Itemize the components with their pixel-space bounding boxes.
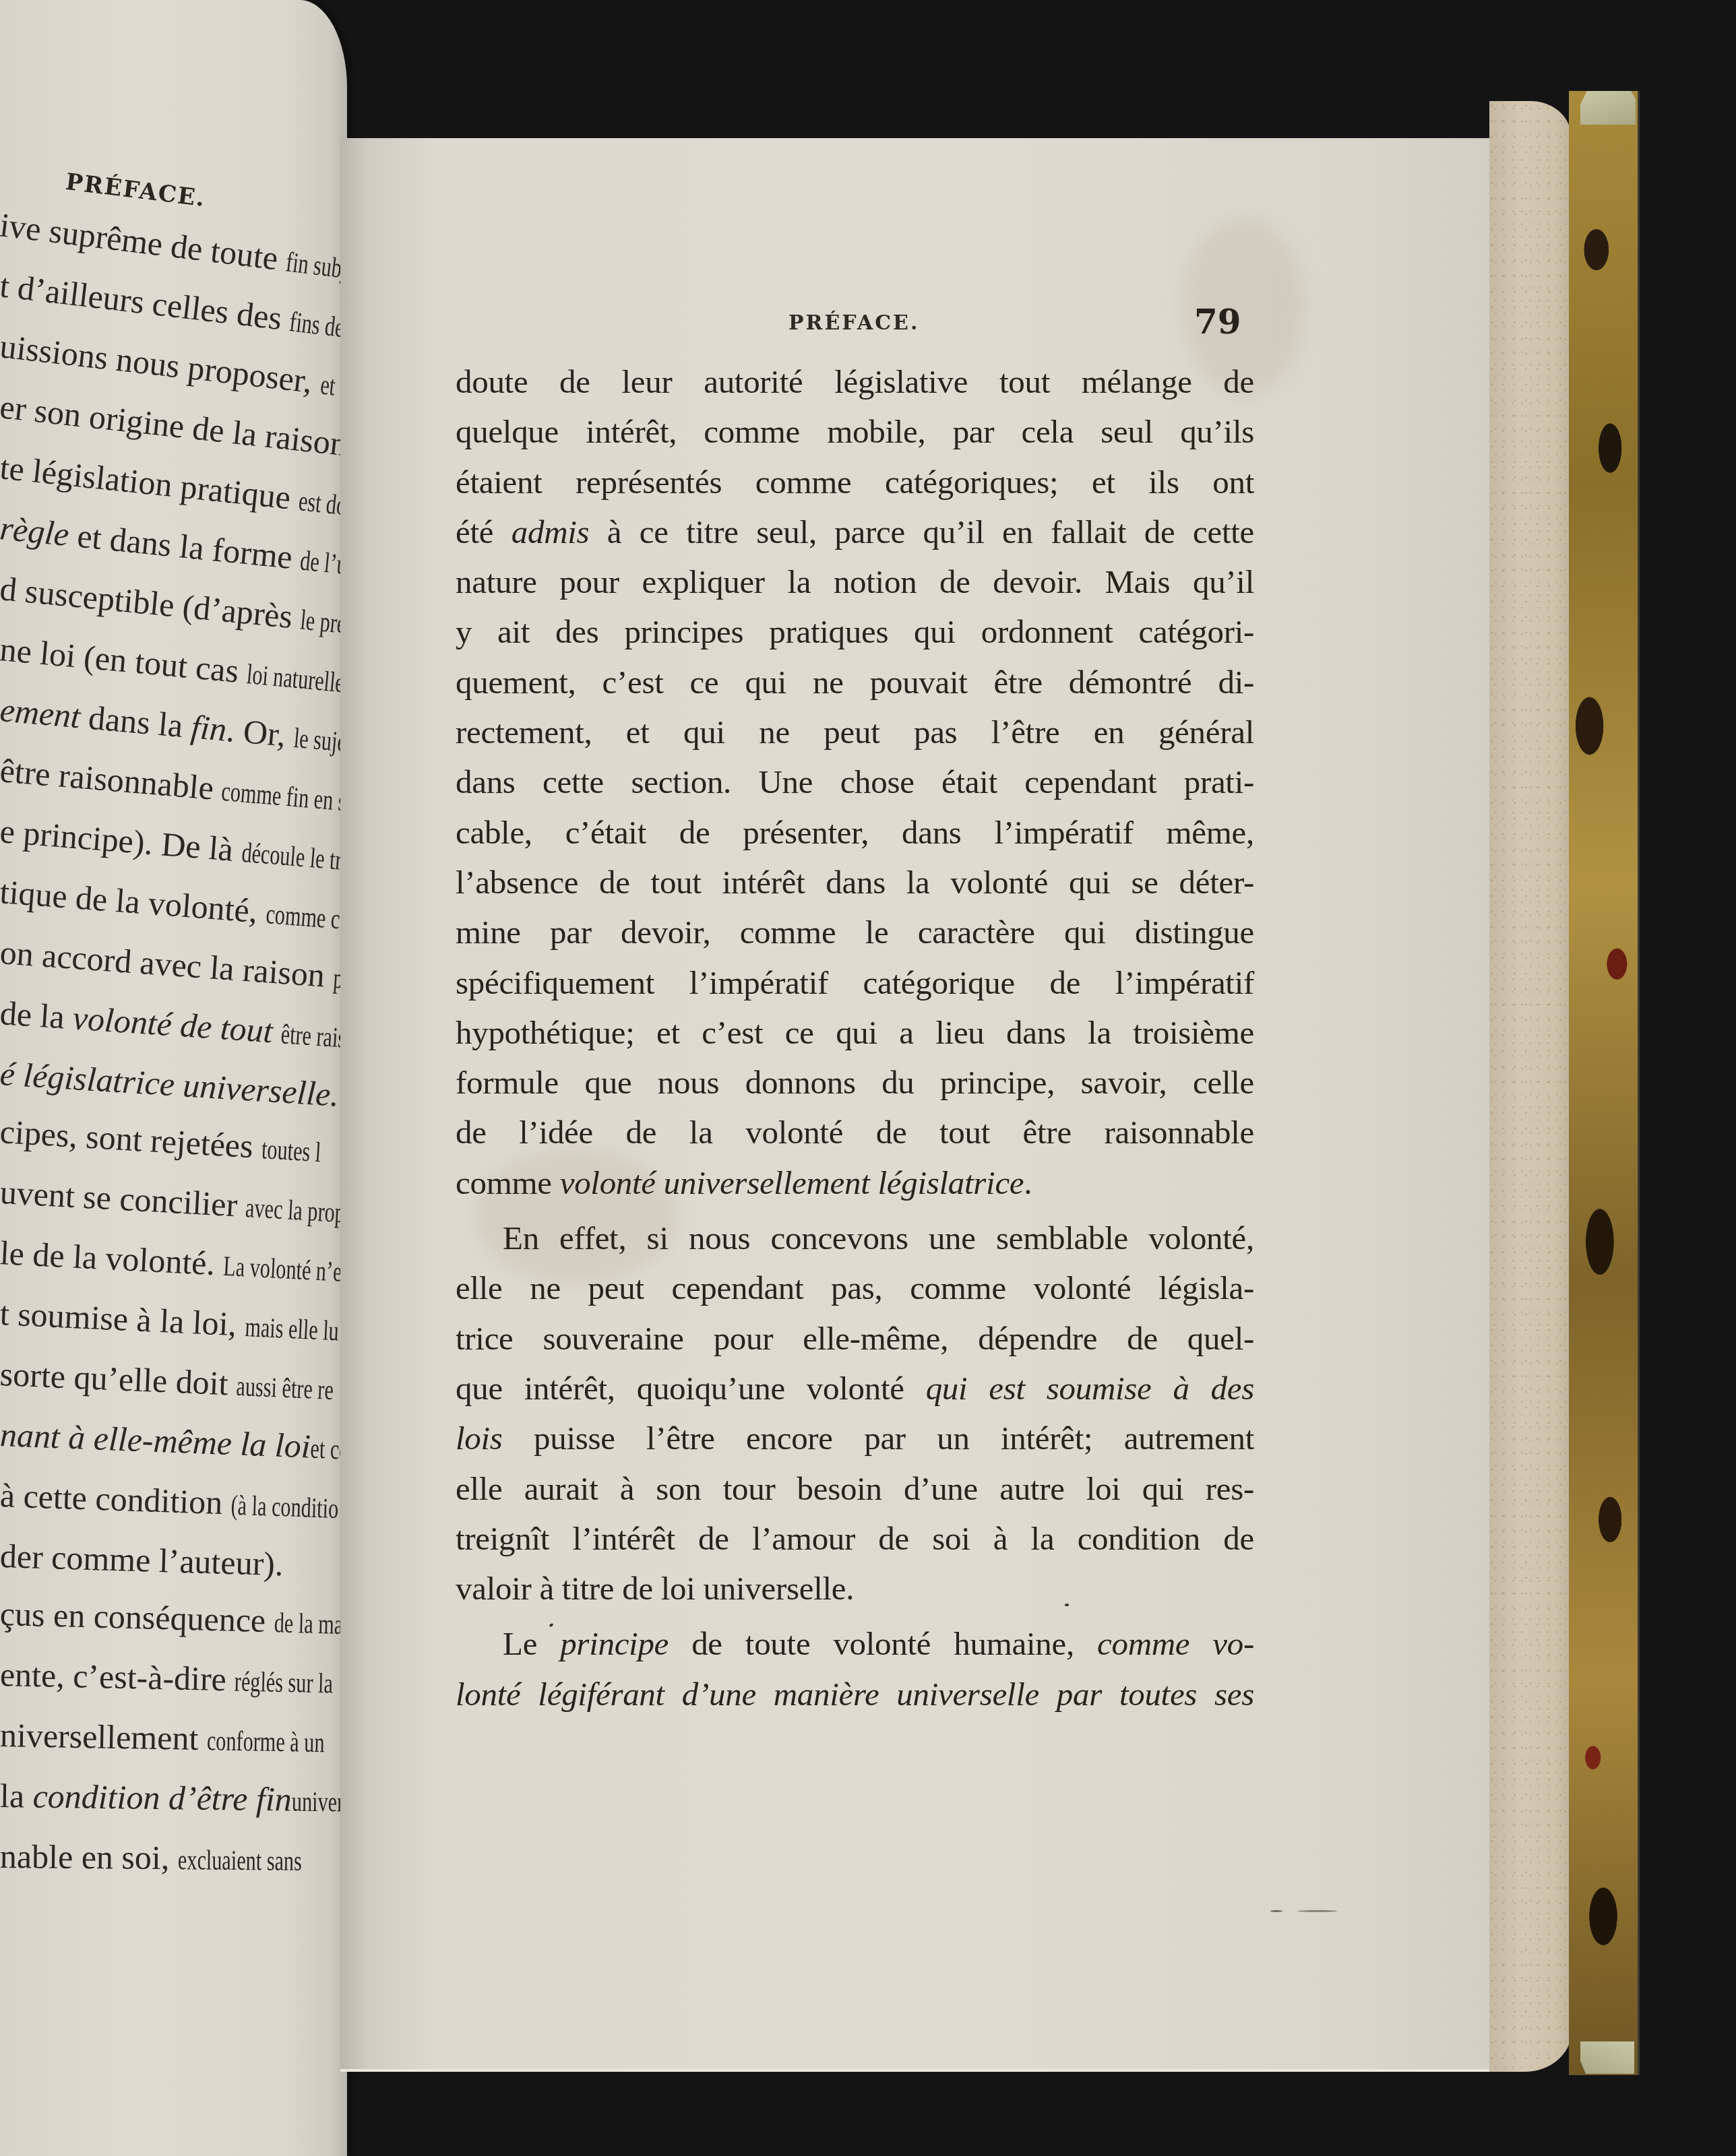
text-run: La volonté n’e bbox=[222, 1238, 343, 1302]
cover-corner-bottom bbox=[1580, 2041, 1634, 2074]
text-run: excluaient sans bbox=[177, 1831, 302, 1891]
text-run: formule que nous donnons du principe, sa… bbox=[456, 1064, 1254, 1101]
text-run: de l’univ bbox=[298, 532, 347, 598]
italic-text: nant à elle-même la loi bbox=[0, 1416, 311, 1465]
text-run: et dans la forme bbox=[67, 516, 303, 577]
text-line: été admis à ce titre seul, parce qu’il e… bbox=[456, 507, 1254, 557]
text-run: dans la bbox=[79, 698, 193, 745]
text-run: (à la conditio bbox=[230, 1477, 339, 1538]
text-run: de l’idée de la volonté de tout être rai… bbox=[456, 1114, 1254, 1151]
text-run: est donc bbox=[295, 472, 347, 537]
text-line: valoir à titre de loi universelle. bbox=[456, 1564, 1254, 1614]
text-run: découle le tr bbox=[239, 824, 344, 890]
text-run: der comme l’auteur). bbox=[0, 1537, 284, 1583]
italic-text: règle bbox=[0, 509, 71, 553]
text-line: ente, c’est-à-dire réglés sur la bbox=[0, 1645, 347, 1714]
text-run: rectement, et qui ne peut pas l’être en … bbox=[456, 714, 1254, 751]
text-run: quelque intérêt, comme mobile, par cela … bbox=[456, 413, 1254, 450]
text-line: rectement, et qui ne peut pas l’être en … bbox=[456, 707, 1254, 757]
text-run: nature pour expliquer la notion de devoi… bbox=[456, 563, 1254, 600]
text-run: valoir à titre de loi universelle. bbox=[456, 1570, 854, 1607]
text-run: toutes l bbox=[259, 1120, 322, 1182]
text-run: l’absence de tout intérêt dans la volont… bbox=[456, 864, 1254, 901]
text-run: nable en soi, bbox=[0, 1837, 178, 1876]
text-run: sorte qu’elle doit bbox=[0, 1355, 237, 1403]
text-line: spécifiquement l’impératif catégorique d… bbox=[456, 958, 1254, 1008]
text-run: loi naturelle bbox=[244, 645, 347, 712]
text-line: Le principe de toute volonté humaine, co… bbox=[456, 1619, 1254, 1669]
text-run: étaient représentés comme catégoriques; … bbox=[456, 464, 1254, 501]
text-line: comme volonté universellement législatri… bbox=[456, 1158, 1254, 1208]
text-line: elle aurait à son tour besoin d’une autr… bbox=[456, 1464, 1254, 1514]
text-line: y ait des principes pratiques qui ordonn… bbox=[456, 607, 1254, 657]
marbled-cover-board bbox=[1569, 91, 1640, 2075]
text-run: e principe). De là bbox=[0, 812, 243, 869]
left-page: PRÉFACE. ive suprême de toute fin subjec… bbox=[0, 0, 347, 2156]
text-run: cipes, sont rejetées bbox=[0, 1112, 263, 1166]
text-run: de la bbox=[0, 994, 74, 1036]
text-run: treignît l’intérêt de l’amour de soi à l… bbox=[456, 1520, 1254, 1557]
text-run: trice souveraine pour elle-même, dépendr… bbox=[456, 1320, 1254, 1357]
italic-text: lonté légiférant d’une manière universel… bbox=[456, 1676, 1254, 1713]
text-line: nature pour expliquer la notion de devoi… bbox=[456, 557, 1254, 607]
text-line: lonté légiférant d’une manière universel… bbox=[456, 1670, 1254, 1719]
text-line: doute de leur autorité législative tout … bbox=[456, 357, 1254, 407]
text-run: tique de la volonté, bbox=[0, 873, 268, 930]
text-run: doute de leur autorité législative tout … bbox=[456, 363, 1254, 400]
text-line: nable en soi, excluaient sans bbox=[0, 1827, 347, 1891]
page-fore-edge bbox=[1489, 101, 1572, 2072]
text-line: de l’idée de la volonté de tout être rai… bbox=[456, 1108, 1254, 1158]
text-line: niversellement conforme à un bbox=[0, 1706, 347, 1773]
italic-text: condition d’être fin bbox=[32, 1777, 292, 1818]
text-run: ente, c’est-à-dire bbox=[0, 1655, 235, 1698]
text-line: treignît l’intérêt de l’amour de soi à l… bbox=[456, 1514, 1254, 1564]
text-line: elle ne peut cependant pas, comme volont… bbox=[456, 1263, 1254, 1313]
text-run: . bbox=[1024, 1164, 1032, 1201]
text-run: de la ma bbox=[273, 1594, 344, 1654]
text-run: dans cette section. Une chose était cepe… bbox=[456, 763, 1254, 800]
page-number: 79 bbox=[1194, 302, 1241, 342]
text-run: être raisonnable bbox=[0, 751, 224, 808]
text-run: Le bbox=[503, 1625, 560, 1662]
text-run: spécifiquement l’impératif catégorique d… bbox=[456, 964, 1254, 1001]
italic-text: volonté de tout bbox=[71, 998, 282, 1050]
text-line: quelque intérêt, comme mobile, par cela … bbox=[456, 407, 1254, 457]
text-run: uvent se concilier bbox=[0, 1173, 247, 1224]
text-run: la bbox=[0, 1777, 33, 1815]
text-line: formule que nous donnons du principe, sa… bbox=[456, 1058, 1254, 1108]
text-run: mais elle lu bbox=[243, 1298, 340, 1360]
italic-text: ement bbox=[0, 691, 82, 735]
text-line: mine par devoir, comme le caractère qui … bbox=[456, 908, 1254, 957]
text-run: elle ne peut cependant pas, comme volont… bbox=[456, 1269, 1254, 1306]
text-run: y ait des principes pratiques qui ordonn… bbox=[456, 613, 1254, 650]
text-run: avec la prop bbox=[244, 1179, 346, 1242]
right-page-body: doute de leur autorité législative tout … bbox=[456, 357, 1254, 1719]
text-run: comme co bbox=[263, 885, 347, 949]
text-line: étaient représentés comme catégoriques; … bbox=[456, 457, 1254, 507]
text-line: dans cette section. Une chose était cepe… bbox=[456, 757, 1254, 807]
text-run: de toute volonté humaine, bbox=[669, 1625, 1097, 1662]
left-page-lines: ive suprême de toute fin subjectivt d’ai… bbox=[0, 195, 347, 1888]
text-run: puisse l’être encore par un intérêt; aut… bbox=[503, 1420, 1254, 1457]
text-run: que intérêt, quoiqu’une volonté bbox=[456, 1370, 926, 1407]
text-line: trice souveraine pour elle-même, dépendr… bbox=[456, 1314, 1254, 1364]
running-head: PRÉFACE. bbox=[788, 311, 919, 335]
text-run: quement, c’est ce qui ne pouvait être dé… bbox=[456, 664, 1254, 701]
text-line: cable, c’était de présenter, dans l’impé… bbox=[456, 808, 1254, 858]
italic-text: volonté universellement législatrice bbox=[560, 1164, 1024, 1201]
text-run: conforme à un bbox=[206, 1712, 325, 1772]
text-run: t soumise à la loi, bbox=[0, 1294, 246, 1343]
text-run: hypothétique; et c’est ce qui a lieu dan… bbox=[456, 1014, 1254, 1051]
text-line: lois puisse l’être encore par un intérêt… bbox=[456, 1414, 1254, 1463]
paper-speck bbox=[1297, 1910, 1338, 1912]
italic-text: qui est soumise à des bbox=[926, 1370, 1254, 1407]
text-run: universelle bbox=[291, 1773, 347, 1833]
text-run: à ce titre seul, parce qu’il en fallait … bbox=[589, 513, 1254, 550]
text-run: . Or, bbox=[225, 711, 296, 755]
text-run: ne loi (en tout cas bbox=[0, 630, 249, 691]
text-run: niversellement bbox=[0, 1716, 207, 1757]
text-run: à cette condition bbox=[0, 1476, 232, 1522]
text-line: l’absence de tout intérêt dans la volont… bbox=[456, 858, 1254, 908]
text-run: être rais bbox=[279, 1005, 347, 1067]
text-run: été bbox=[456, 513, 511, 550]
text-run: elle aurait à son tour besoin d’une autr… bbox=[456, 1470, 1254, 1507]
text-line: hypothétique; et c’est ce qui a lieu dan… bbox=[456, 1008, 1254, 1058]
paper-speck bbox=[1270, 1910, 1282, 1912]
text-run: comme bbox=[456, 1164, 560, 1201]
text-line: que intérêt, quoiqu’une volonté qui est … bbox=[456, 1364, 1254, 1414]
text-line: la condition d’être fin universelle bbox=[0, 1767, 347, 1832]
left-page-text: PRÉFACE. ive suprême de toute fin subjec… bbox=[0, 168, 347, 1888]
cover-corner-top bbox=[1580, 91, 1636, 125]
text-run: le de la volonté. bbox=[0, 1234, 224, 1283]
text-run: aussi être re bbox=[235, 1358, 335, 1420]
italic-text: admis bbox=[511, 513, 590, 550]
text-run: le sujet bbox=[291, 709, 347, 772]
text-run: cable, c’était de présenter, dans l’impé… bbox=[456, 814, 1254, 851]
italic-text: fin bbox=[189, 707, 228, 748]
text-run: mine par devoir, comme le caractère qui … bbox=[456, 914, 1254, 951]
italic-text: comme vo- bbox=[1097, 1625, 1254, 1662]
text-run: En effet, si nous concevons une semblabl… bbox=[503, 1219, 1254, 1257]
italic-text: lois bbox=[456, 1420, 503, 1457]
text-line: En effet, si nous concevons une semblabl… bbox=[456, 1213, 1254, 1263]
text-line: çus en conséquence de la ma bbox=[0, 1585, 347, 1655]
text-run: çus en conséquence bbox=[0, 1595, 274, 1639]
text-line: quement, c’est ce qui ne pouvait être dé… bbox=[456, 658, 1254, 707]
text-run: réglés sur la bbox=[234, 1653, 334, 1713]
italic-text: principe bbox=[560, 1625, 669, 1662]
